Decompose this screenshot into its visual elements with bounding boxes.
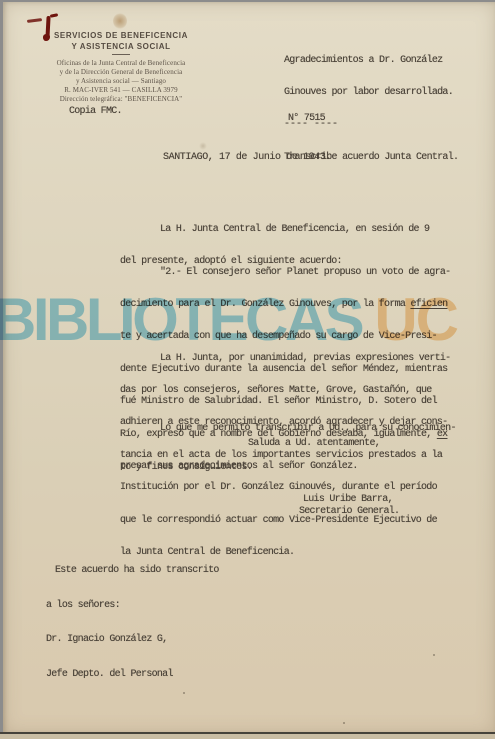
body-line: "2.- El consejero señor Planet propuso u…	[120, 268, 450, 279]
footnote-line: Dr. Ignacio González G,	[46, 634, 219, 646]
paper-speck	[343, 722, 345, 724]
organization-name-line2: Y ASISTENCIA SOCIAL	[37, 41, 205, 52]
scanned-letter-page: { "letterhead": { "org_line1": "SERVICIO…	[0, 0, 495, 739]
letterhead: SERVICIOS DE BENEFICENCIA Y ASISTENCIA S…	[37, 30, 205, 118]
paper-speck	[433, 654, 435, 656]
letterhead-office-line: y de la Dirección General de Beneficenci…	[37, 68, 205, 77]
copy-note: Copia FMC.	[37, 107, 205, 118]
footnote-line: Este acuerdo ha sido transcrito	[46, 565, 219, 577]
organization-name: SERVICIOS DE BENEFICENCIA	[37, 30, 205, 41]
body-line: Lo que me permito transcribir a Ud., par…	[120, 424, 456, 435]
signature-name: Luis Uribe Barra,	[303, 495, 393, 506]
letterhead-office-line: R. MAC-IVER 541 — CASILLA 3979	[37, 86, 205, 95]
body-line: que le correspondió actuar como Vice-Pre…	[120, 516, 450, 527]
paper-stain	[113, 13, 127, 29]
subject-line: Agradecimientos a Dr. González	[284, 56, 458, 67]
document-paper: SERVICIOS DE BENEFICENCIA Y ASISTENCIA S…	[3, 2, 495, 734]
subject-line: Ginouves por labor desarrollada.	[284, 88, 458, 99]
ink-mark	[27, 18, 42, 23]
footnote-line: Jefe Depto. del Personal	[46, 669, 219, 681]
ink-mark	[50, 13, 58, 18]
body-line: La H. Junta Central de Beneficencia, en …	[120, 225, 429, 236]
salutation: Saluda a Ud. atentamente,	[248, 439, 380, 450]
underlined-word: eficien	[410, 299, 447, 310]
letterhead-office-line: Dirección telegráfica: "BENEFICENCIA"	[37, 95, 205, 104]
letterhead-office-line: Oficinas de la Junta Central de Benefice…	[37, 59, 205, 68]
body-line: decimiento para el Dr. González Ginouves…	[120, 300, 450, 311]
body-line: La H. Junta, por unanimidad, previas exp…	[120, 354, 450, 365]
letterhead-divider	[112, 54, 130, 55]
footnote-line: a los señores:	[46, 600, 219, 612]
letterhead-office-line: y Asistencia social — Santiago	[37, 77, 205, 86]
transcription-note: Este acuerdo ha sido transcrito a los se…	[46, 542, 219, 703]
document-number: N° 7515	[288, 114, 325, 125]
body-line: das por los consejeros, señores Matte, G…	[120, 386, 450, 397]
paper-stain	[199, 142, 207, 150]
scan-bottom-edge	[0, 732, 495, 739]
dateline: SANTIAGO, 17 de Junio de 1943.	[163, 153, 331, 164]
signature-title: Secretario General.	[299, 507, 399, 518]
body-line: to y fines consiguientes.	[120, 463, 456, 474]
